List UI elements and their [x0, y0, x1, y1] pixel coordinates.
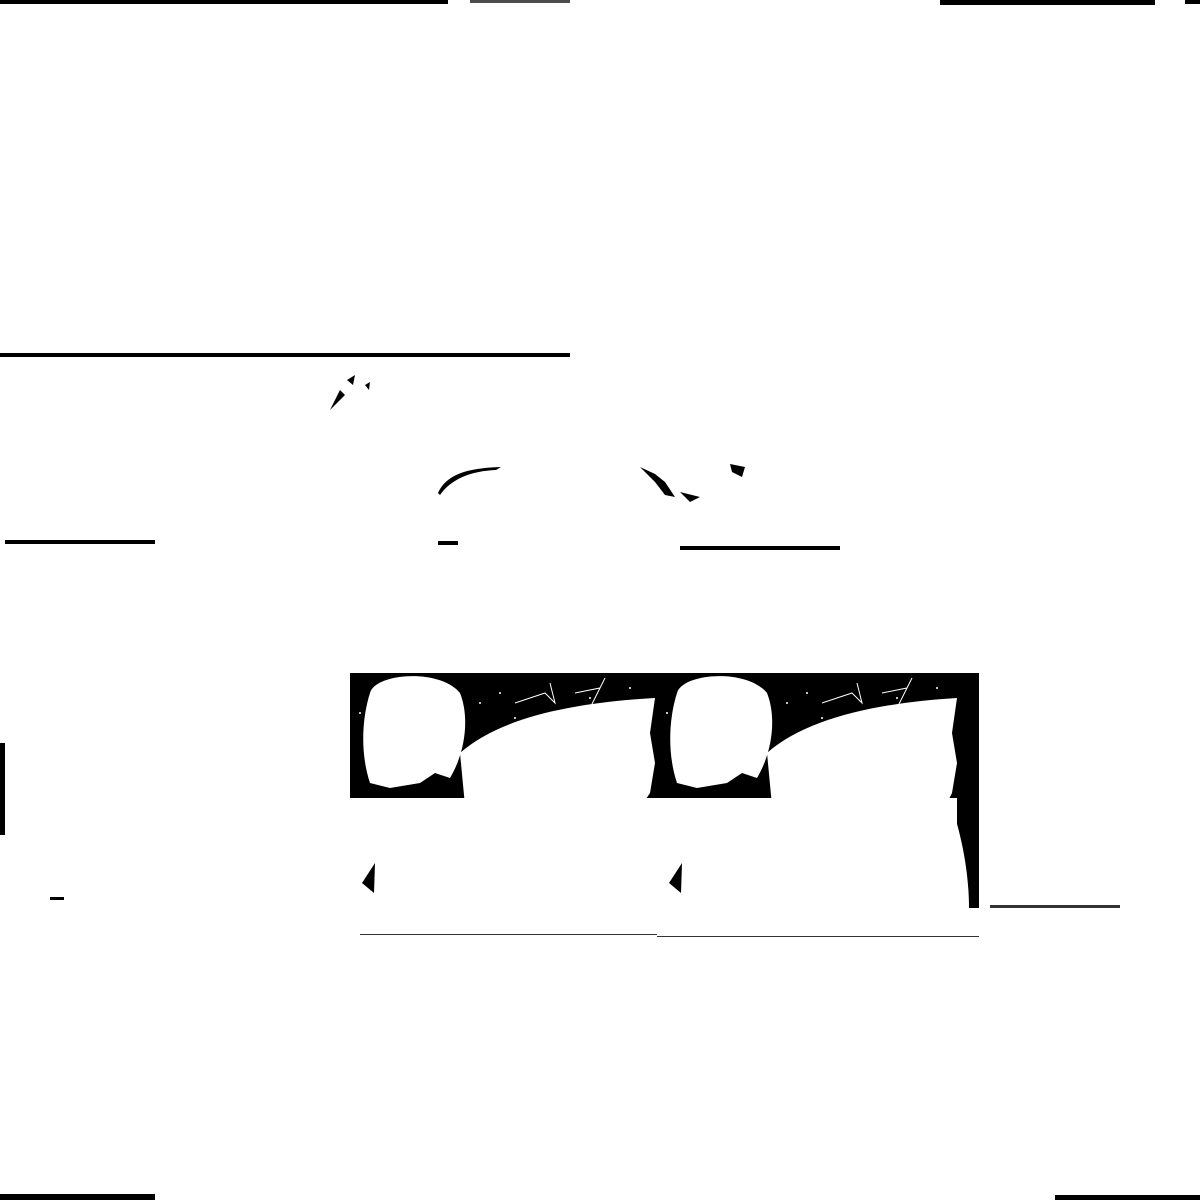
- glitch-bar-top-mid: [470, 0, 570, 3]
- glitch-bar-bottom-left: [0, 1194, 155, 1200]
- wing-fragment-right: [620, 462, 760, 512]
- wing-fragment-left: [436, 465, 506, 495]
- glitch-bar-top-left: [0, 0, 448, 4]
- hair-fragment: [325, 360, 395, 420]
- glitch-dash-right: [990, 905, 1120, 908]
- panel-underline-right: [657, 936, 979, 937]
- glitch-bar-vertical-left: [0, 743, 5, 835]
- glitch-bar-top-right: [940, 0, 1155, 5]
- glitch-bar-bottom-right: [1055, 1195, 1200, 1200]
- glitch-bar-mid-1: [0, 353, 570, 357]
- glitch-bar-mid-3: [438, 541, 458, 545]
- angel-panel-right: [657, 673, 979, 908]
- glitch-bar-top-right-2: [1185, 0, 1200, 4]
- glitch-dash-left: [50, 897, 64, 900]
- glitch-bar-mid-2: [5, 540, 155, 544]
- angel-panel-left: [350, 673, 660, 908]
- panel-underline-left: [360, 934, 657, 935]
- glitch-bar-mid-4: [680, 546, 840, 550]
